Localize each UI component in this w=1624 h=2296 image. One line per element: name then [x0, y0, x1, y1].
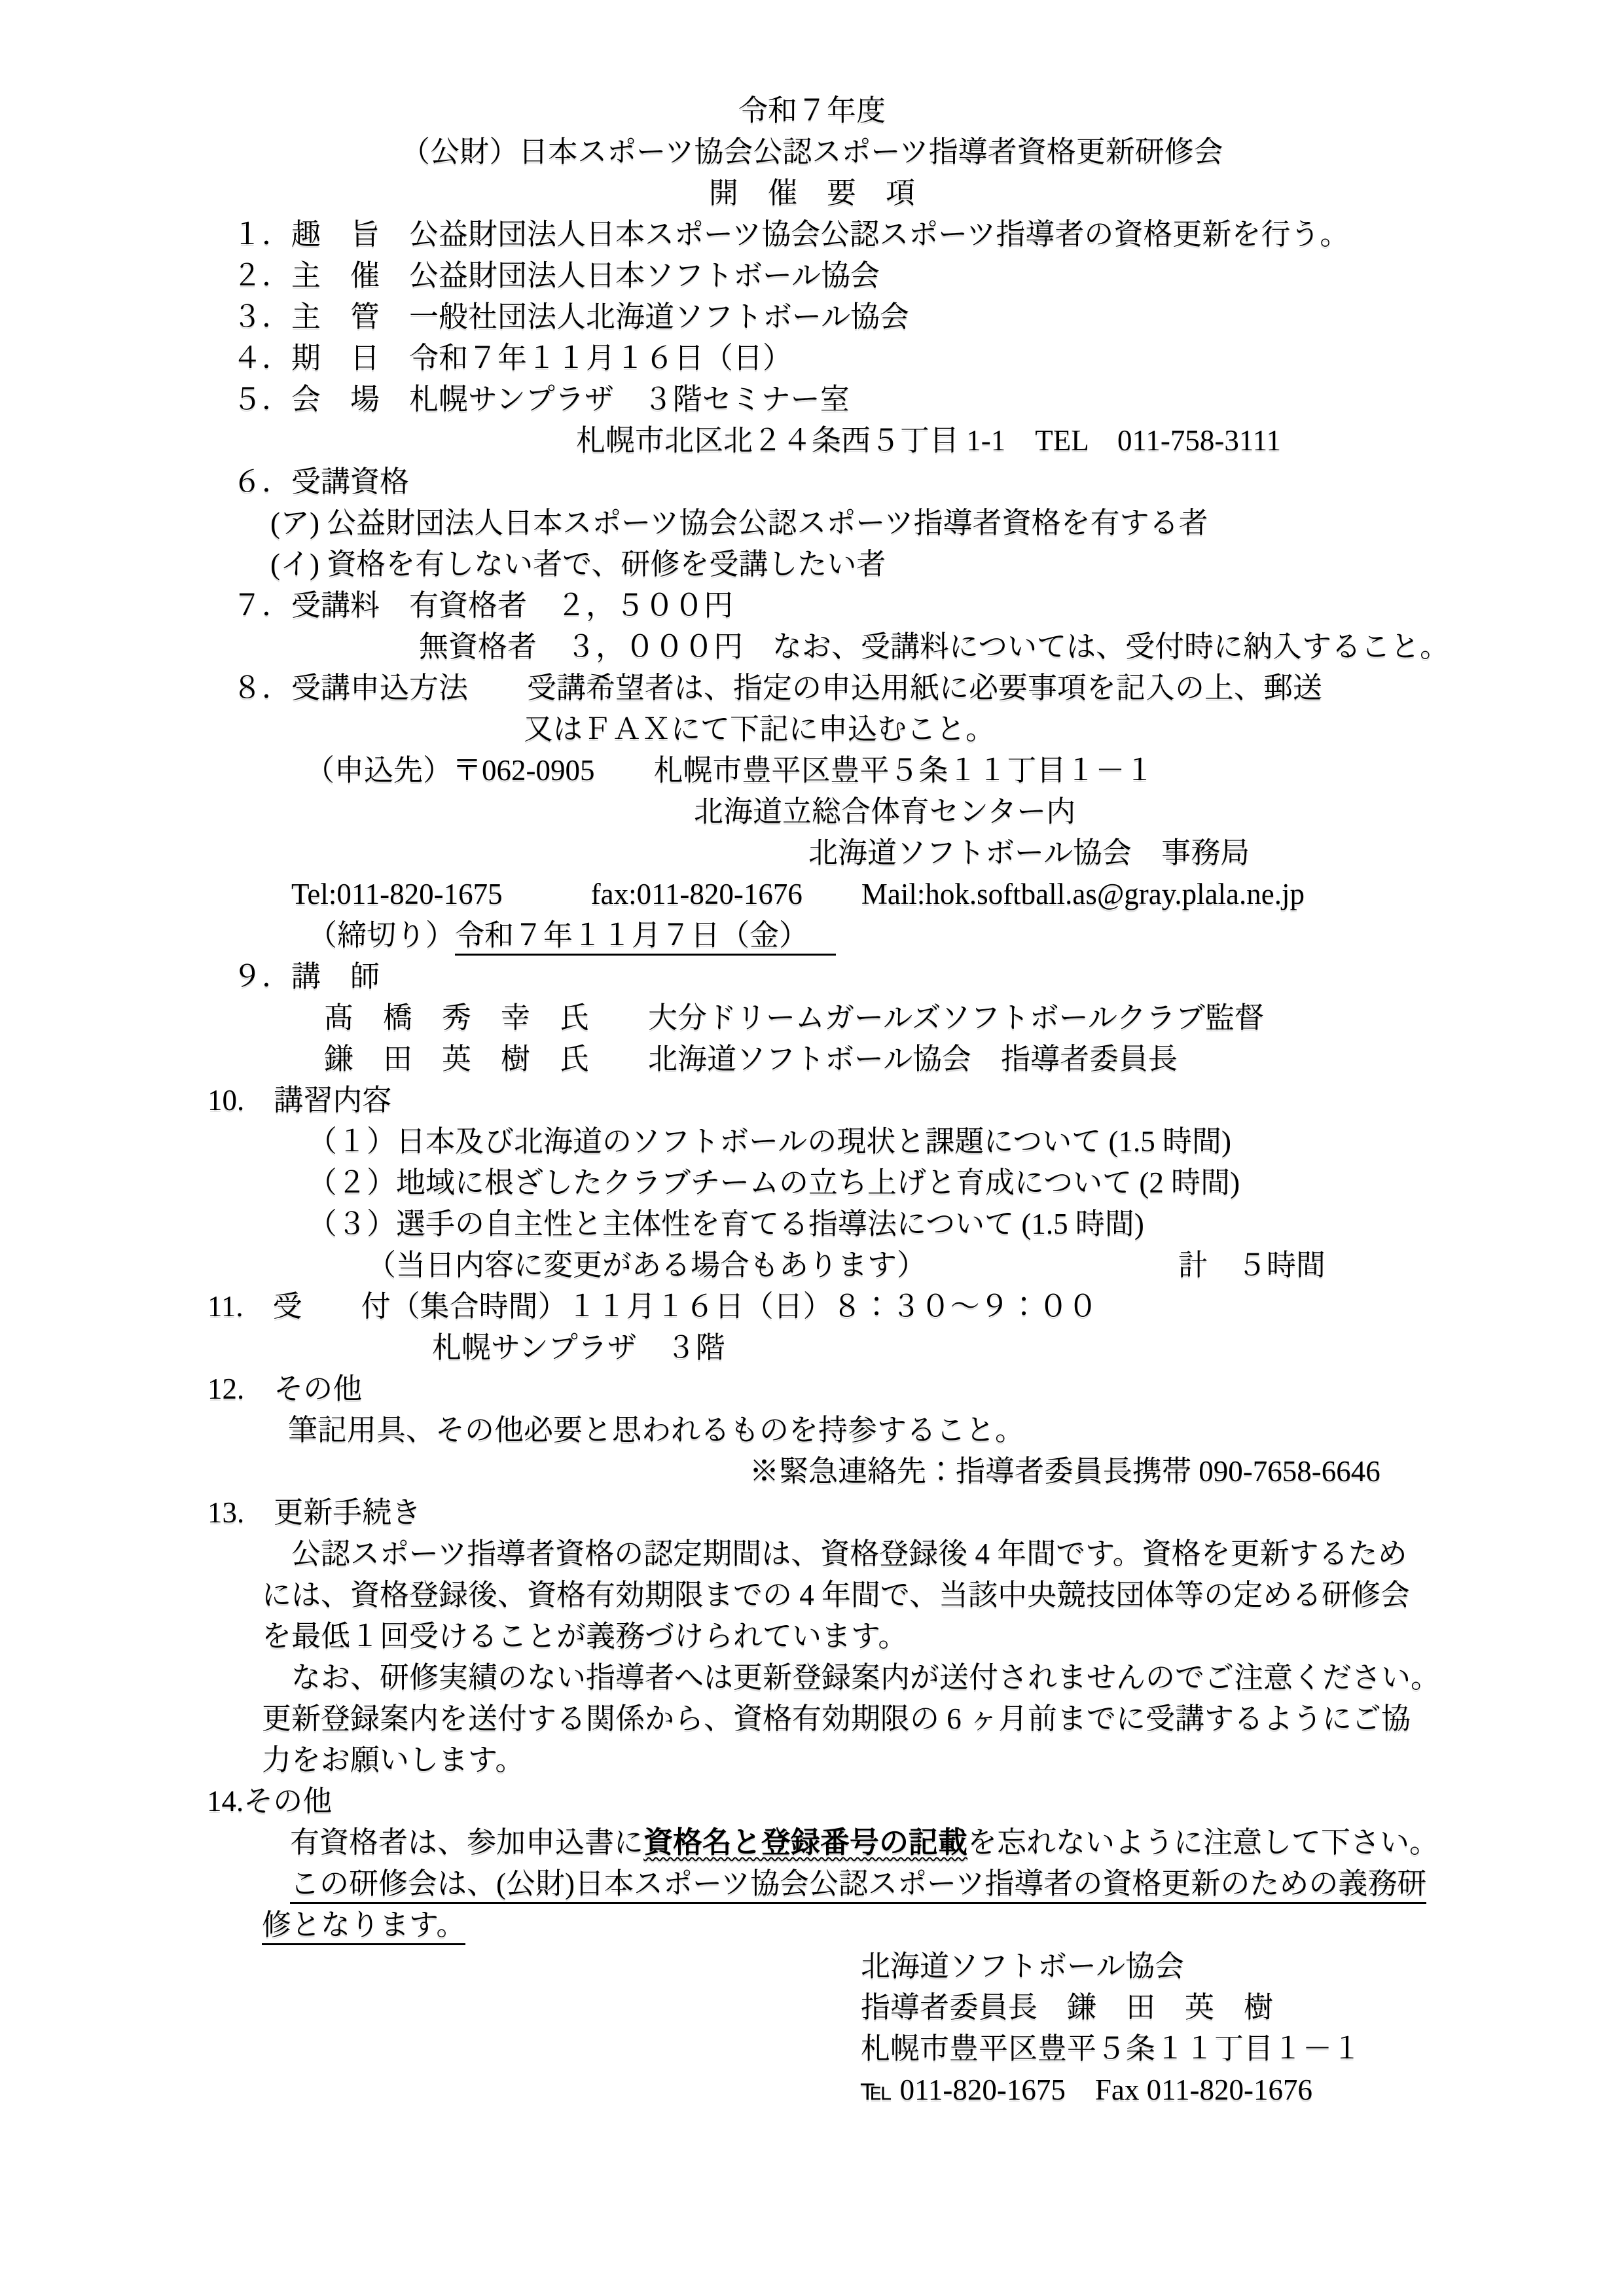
- item-2-text: ２．主 催 公益財団法人日本ソフトボール協会: [232, 259, 880, 292]
- document-content: 令和７年度 （公財）日本スポーツ協会公認スポーツ指導者資格更新研修会 開 催 要…: [0, 0, 1624, 2111]
- mandatory-note-1: この研修会は、(公財)日本スポーツ協会公認スポーツ指導者の資格更新のための義務研: [0, 1863, 1624, 1905]
- reception-place: 札幌サンプラザ ３階: [0, 1327, 1624, 1369]
- renewal-paragraph-4: なお、研修実績のない指導者へは更新登録案内が送付されませんのでご注意ください。: [0, 1657, 1624, 1698]
- renewal-paragraph-4-text: なお、研修実績のない指導者へは更新登録案内が送付されませんのでご注意ください。: [291, 1661, 1440, 1694]
- item-3-text: ３．主 管 一般社団法人北海道ソフトボール協会: [232, 300, 909, 333]
- item-2-organizer: ２．主 催 公益財団法人日本ソフトボール協会: [0, 255, 1624, 296]
- qualification-note-pre: 有資格者は、参加申込書に: [290, 1826, 643, 1859]
- eligibility-a: (ア) 公益財団法人日本スポーツ協会公認スポーツ指導者資格を有する者: [0, 503, 1624, 544]
- item-14-other: 14.その他: [0, 1781, 1624, 1822]
- item-5-text: ５．会 場 札幌サンプラザ ３階セミナー室: [232, 383, 850, 416]
- item-10-curriculum: 10. 講習内容: [0, 1080, 1624, 1121]
- footer-organization: 北海道ソフトボール協会: [0, 1946, 1624, 1987]
- mandatory-note-2: 修となります。: [0, 1905, 1624, 1946]
- lecturer-2: 鎌 田 英 樹 氏 北海道ソフトボール協会 指導者委員長: [0, 1039, 1624, 1080]
- item-4-date: ４．期 日 令和７年１１月１６日（日）: [0, 338, 1624, 379]
- title-organization-text: （公財）日本スポーツ協会公認スポーツ指導者資格更新研修会: [401, 135, 1223, 168]
- qualification-note: 有資格者は、参加申込書に資格名と登録番号の記載を忘れないように注意して下さい。: [0, 1822, 1624, 1863]
- emergency-contact-text: ※緊急連絡先：指導者委員長携帯 090-7658-6646: [749, 1455, 1380, 1488]
- application-contact: Tel:011-820-1675 fax:011-820-1676 Mail:h…: [0, 874, 1624, 915]
- title-heading-text: 開 催 要 項: [709, 177, 915, 209]
- curriculum-3: （３）選手の自主性と主体性を育てる指導法について (1.5 時間): [0, 1204, 1624, 1245]
- application-address-3: 北海道ソフトボール協会 事務局: [0, 833, 1624, 874]
- lecturer-1-text: 髙 橋 秀 幸 氏 大分ドリームガールズソフトボールクラブ監督: [324, 1001, 1264, 1034]
- item-5-venue: ５．会 場 札幌サンプラザ ３階セミナー室: [0, 379, 1624, 420]
- lecturer-2-text: 鎌 田 英 樹 氏 北海道ソフトボール協会 指導者委員長: [324, 1043, 1178, 1075]
- item-3-management: ３．主 管 一般社団法人北海道ソフトボール協会: [0, 296, 1624, 338]
- mandatory-note-1-text: この研修会は、(公財)日本スポーツ協会公認スポーツ指導者の資格更新のための義務研: [290, 1866, 1426, 1904]
- footer-phone: ℡ 011-820-1675 Fax 011-820-1676: [0, 2070, 1624, 2111]
- item-8-text: ８．受講申込方法 受講希望者は、指定の申込用紙に必要事項を記入の上、郵送: [232, 672, 1322, 704]
- renewal-paragraph-3: を最低１回受けることが義務づけられています。: [0, 1616, 1624, 1657]
- item-9-text: ９．講 師: [232, 960, 380, 993]
- curriculum-1: （１）日本及び北海道のソフトボールの現状と課題について (1.5 時間): [0, 1121, 1624, 1162]
- curriculum-3-text: （３）選手の自主性と主体性を育てる指導法について (1.5 時間): [308, 1208, 1144, 1240]
- footer-officer: 指導者委員長 鎌 田 英 樹: [0, 1987, 1624, 2028]
- lecturer-1: 髙 橋 秀 幸 氏 大分ドリームガールズソフトボールクラブ監督: [0, 997, 1624, 1039]
- item-1-text: １．趣 旨 公益財団法人日本スポーツ協会公認スポーツ指導者の資格更新を行う。: [232, 218, 1349, 251]
- qualification-note-emphasis: 資格名と登録番号の記載: [643, 1826, 967, 1859]
- application-address-1-text: （申込先）〒062-0905 札幌市豊平区豊平５条１１丁目１－１: [305, 754, 1155, 787]
- renewal-paragraph-3-text: を最低１回受けることが義務づけられています。: [262, 1620, 907, 1653]
- application-fax-text: 又はＦＡＸにて下記に申込むこと。: [524, 713, 995, 745]
- application-address-2: 北海道立総合体育センター内: [0, 791, 1624, 833]
- renewal-paragraph-2-text: には、資格登録後、資格有効期限までの 4 年間で、当該中央競技団体等の定める研修…: [262, 1579, 1410, 1611]
- renewal-paragraph-2: には、資格登録後、資格有効期限までの 4 年間で、当該中央競技団体等の定める研修…: [0, 1575, 1624, 1616]
- curriculum-2: （２）地域に根ざしたクラブチームの立ち上げと育成について (2 時間): [0, 1162, 1624, 1204]
- item-1-purpose: １．趣 旨 公益財団法人日本スポーツ協会公認スポーツ指導者の資格更新を行う。: [0, 214, 1624, 255]
- venue-address-text: 札幌市北区北２４条西５丁目 1-1 TEL 011-758-3111: [576, 424, 1281, 457]
- curriculum-note-text: （当日内容に変更がある場合もあります）: [367, 1249, 926, 1282]
- item-12-other: 12. その他: [0, 1369, 1624, 1410]
- item-6-eligibility: ６．受講資格: [0, 461, 1624, 503]
- footer-address-text: 札幌市豊平区豊平５条１１丁目１－１: [861, 2032, 1362, 2065]
- emergency-contact: ※緊急連絡先：指導者委員長携帯 090-7658-6646: [0, 1451, 1624, 1492]
- fee-unqualified-text: 無資格者 ３，０００円 なお、受講料については、受付時に納入すること。: [419, 630, 1449, 663]
- application-deadline: （締切り）令和７年１１月７日（金）: [0, 915, 1624, 956]
- deadline-date: 令和７年１１月７日（金）: [455, 918, 836, 956]
- application-address-1: （申込先）〒062-0905 札幌市豊平区豊平５条１１丁目１－１: [0, 750, 1624, 791]
- application-fax: 又はＦＡＸにて下記に申込むこと。: [0, 709, 1624, 750]
- reception-place-text: 札幌サンプラザ ３階: [432, 1331, 725, 1364]
- venue-address: 札幌市北区北２４条西５丁目 1-1 TEL 011-758-3111: [0, 420, 1624, 461]
- footer-officer-text: 指導者委員長 鎌 田 英 樹: [861, 1991, 1273, 2024]
- qualification-note-post: を忘れないように注意して下さい。: [967, 1826, 1439, 1859]
- title-year-text: 令和７年度: [738, 94, 886, 127]
- deadline-label: （締切り）: [308, 919, 455, 952]
- item-11-reception: 11. 受 付（集合時間）１１月１６日（日）８：３０～９：００: [0, 1286, 1624, 1327]
- item-4-text: ４．期 日 令和７年１１月１６日（日）: [232, 342, 792, 374]
- item-12-text: 12. その他: [208, 1372, 362, 1405]
- renewal-paragraph-6: 力をお願いします。: [0, 1740, 1624, 1781]
- title-year: 令和７年度: [0, 90, 1624, 132]
- item-9-lecturers: ９．講 師: [0, 956, 1624, 997]
- renewal-paragraph-1-text: 公認スポーツ指導者資格の認定期間は、資格登録後 4 年間です。資格を更新するため: [291, 1537, 1407, 1570]
- footer-phone-text: ℡ 011-820-1675 Fax 011-820-1676: [861, 2073, 1312, 2106]
- document-page: 令和７年度 （公財）日本スポーツ協会公認スポーツ指導者資格更新研修会 開 催 要…: [0, 0, 1624, 2296]
- curriculum-2-text: （２）地域に根ざしたクラブチームの立ち上げと育成について (2 時間): [308, 1166, 1240, 1199]
- item-6-text: ６．受講資格: [232, 465, 409, 498]
- item-7-text: ７．受講料 有資格者 ２，５００円: [232, 589, 733, 622]
- item-10-text: 10. 講習内容: [208, 1084, 391, 1117]
- footer-organization-text: 北海道ソフトボール協会: [861, 1950, 1184, 1982]
- renewal-paragraph-1: 公認スポーツ指導者資格の認定期間は、資格登録後 4 年間です。資格を更新するため: [0, 1534, 1624, 1575]
- item-13-text: 13. 更新手続き: [208, 1496, 421, 1529]
- eligibility-a-text: (ア) 公益財団法人日本スポーツ協会公認スポーツ指導者資格を有する者: [270, 507, 1208, 539]
- bring-items-text: 筆記用具、その他必要と思われるものを持参すること。: [288, 1414, 1024, 1446]
- application-address-3-text: 北海道ソフトボール協会 事務局: [808, 836, 1250, 869]
- renewal-paragraph-5-text: 更新登録案内を送付する関係から、資格有効期限の 6 ヶ月前までに受講するようにご…: [262, 1702, 1411, 1735]
- item-8-application: ８．受講申込方法 受講希望者は、指定の申込用紙に必要事項を記入の上、郵送: [0, 668, 1624, 709]
- item-7-fee: ７．受講料 有資格者 ２，５００円: [0, 585, 1624, 626]
- eligibility-b: (イ) 資格を有しない者で、研修を受講したい者: [0, 544, 1624, 585]
- renewal-paragraph-5: 更新登録案内を送付する関係から、資格有効期限の 6 ヶ月前までに受講するようにご…: [0, 1698, 1624, 1740]
- footer-address: 札幌市豊平区豊平５条１１丁目１－１: [0, 2028, 1624, 2070]
- eligibility-b-text: (イ) 資格を有しない者で、研修を受講したい者: [270, 548, 886, 581]
- bring-items: 筆記用具、その他必要と思われるものを持参すること。: [0, 1410, 1624, 1451]
- curriculum-note: （当日内容に変更がある場合もあります）計 ５時間: [0, 1245, 1624, 1286]
- curriculum-total-hours: 計 ５時間: [1178, 1245, 1326, 1286]
- mandatory-note-2-text: 修となります。: [262, 1907, 465, 1945]
- curriculum-1-text: （１）日本及び北海道のソフトボールの現状と課題について (1.5 時間): [308, 1125, 1231, 1158]
- fee-unqualified: 無資格者 ３，０００円 なお、受講料については、受付時に納入すること。: [0, 626, 1624, 668]
- renewal-paragraph-6-text: 力をお願いします。: [262, 1744, 524, 1776]
- item-13-renewal: 13. 更新手続き: [0, 1492, 1624, 1534]
- item-11-text: 11. 受 付（集合時間）１１月１６日（日）８：３０～９：００: [208, 1290, 1098, 1323]
- title-organization: （公財）日本スポーツ協会公認スポーツ指導者資格更新研修会: [0, 132, 1624, 173]
- application-contact-text: Tel:011-820-1675 fax:011-820-1676 Mail:h…: [291, 878, 1305, 910]
- application-address-2-text: 北海道立総合体育センター内: [694, 795, 1075, 828]
- title-heading: 開 催 要 項: [0, 173, 1624, 214]
- item-14-text: 14.その他: [207, 1785, 332, 1818]
